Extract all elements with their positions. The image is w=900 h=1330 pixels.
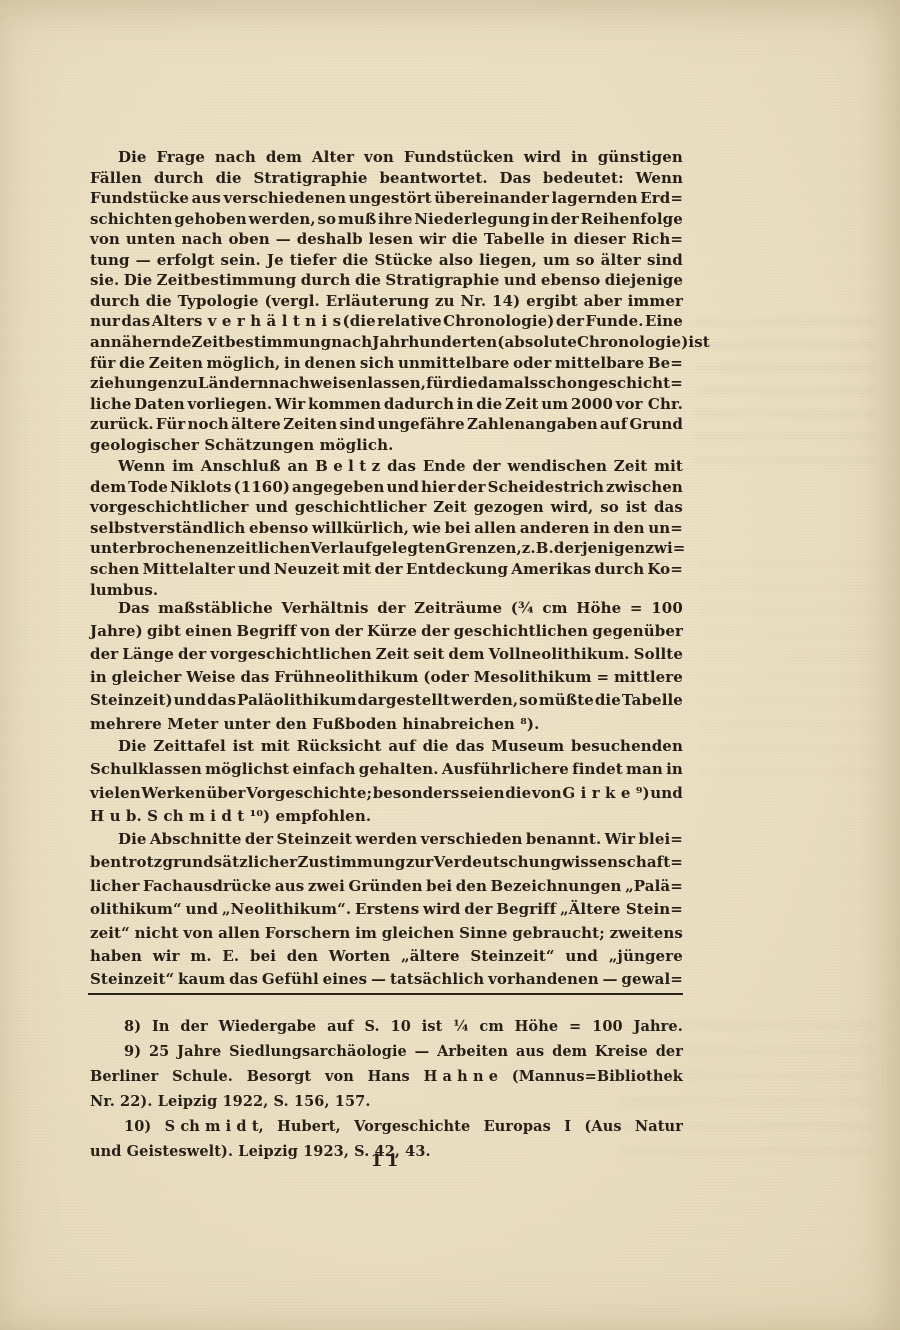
text-line: 9)25JahreSiedlungsarchäologie—Arbeitenau… <box>90 1043 683 1065</box>
text-line: 10)S ch m i d t,Hubert,VorgeschichteEuro… <box>90 1118 683 1140</box>
text-line: BerlinerSchule.BesorgtvonHansH a h n e(M… <box>90 1068 683 1090</box>
book-page: DieFragenachdemAltervonFundstückenwirdin… <box>0 0 900 1330</box>
show-through-smudge <box>695 318 875 468</box>
text-line: Nr. 22). Leipzig 1922, S. 156, 157. <box>90 1093 683 1115</box>
page-number: 11 <box>90 1151 683 1171</box>
show-through-smudge <box>700 560 875 780</box>
footnotes: 8)InderWiedergabeaufS.10ist¼cmHöhe=100Ja… <box>90 0 683 1330</box>
text-line: 8)InderWiedergabeaufS.10ist¼cmHöhe=100Ja… <box>90 1018 683 1040</box>
